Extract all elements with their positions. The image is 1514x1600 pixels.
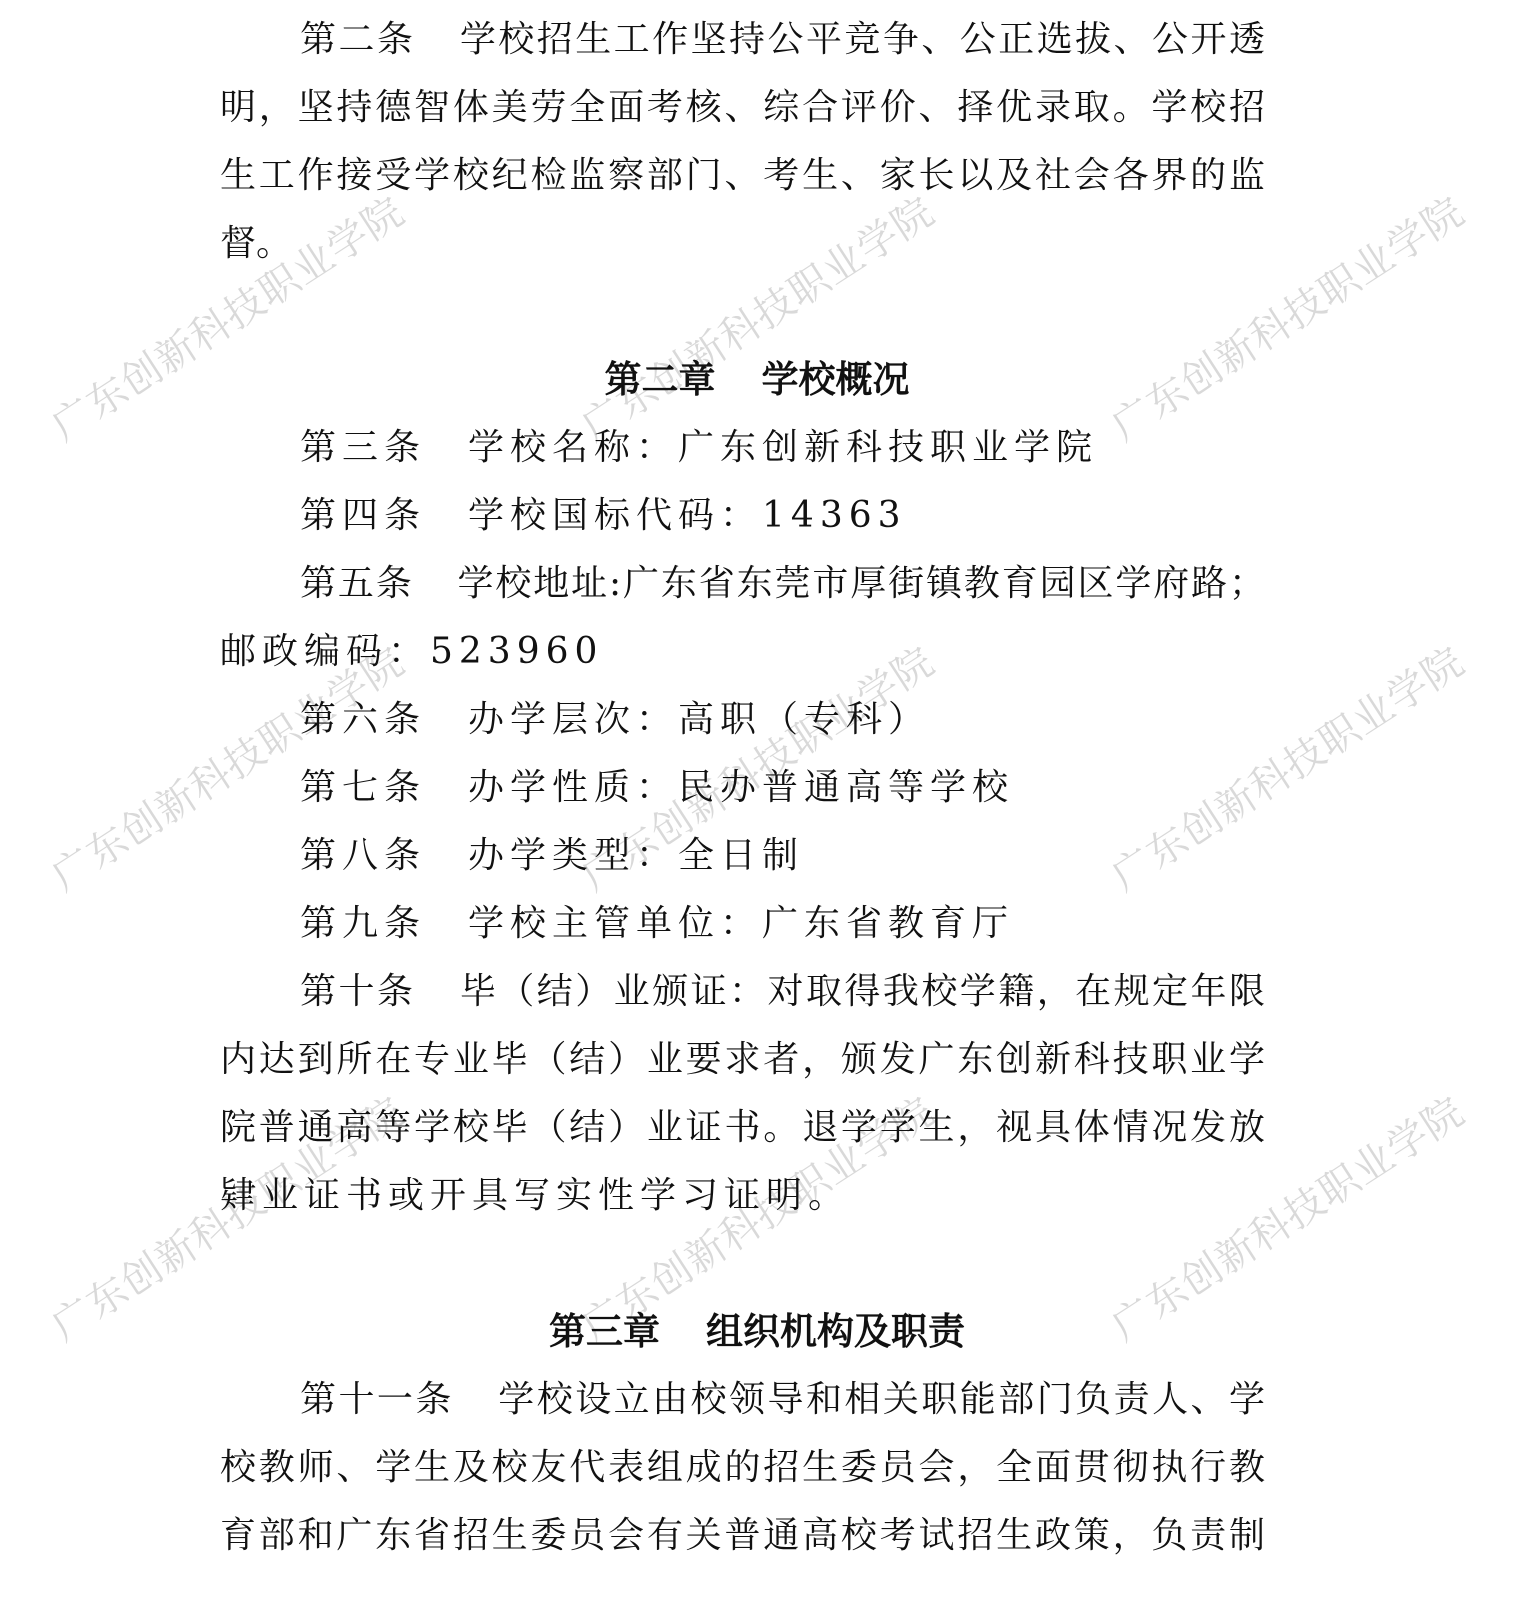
article-label: 第六条	[300, 699, 426, 740]
chapter-heading: 第二章学校概况	[0, 358, 1514, 402]
chapter-number: 第三章	[549, 1310, 660, 1353]
article-5-cont: 邮政编码：523960	[220, 630, 603, 674]
article-text: 办学层次：高职（专科）	[468, 699, 930, 740]
watermark: 广东创新科技职业学院	[1099, 181, 1474, 452]
article-label: 第五条	[300, 563, 414, 604]
article-label: 第四条	[300, 495, 426, 536]
article-6: 第六条办学层次：高职（专科）	[300, 698, 930, 742]
article-label: 第八条	[300, 835, 426, 876]
article-2-line-2: 明，坚持德智体美劳全面考核、综合评价、择优录取。学校招	[220, 86, 1265, 130]
article-text: 毕（结）业颁证：对取得我校学籍，在规定年限	[457, 971, 1265, 1012]
article-10-line-4: 肄业证书或开具写实性学习证明。	[220, 1174, 850, 1218]
article-text: 学校地址:广东省东莞市厚街镇教育园区学府路；	[456, 563, 1265, 604]
article-2-line-3: 生工作接受学校纪检监察部门、考生、家长以及社会各界的监	[220, 154, 1265, 198]
article-2-line-4: 督。	[220, 222, 292, 266]
article-11-line-2: 校教师、学生及校友代表组成的招生委员会，全面贯彻执行教	[220, 1446, 1265, 1490]
article-text: 办学类型：全日制	[468, 835, 804, 876]
chapter-title: 学校概况	[762, 358, 910, 401]
chapter-number: 第二章	[605, 358, 716, 401]
article-text: 学校招生工作坚持公平竞争、公正选拔、公开透	[457, 19, 1265, 60]
article-text: 学校国标代码：14363	[468, 495, 907, 536]
article-label: 第三条	[300, 427, 426, 468]
article-11-line-1: 第十一条学校设立由校领导和相关职能部门负责人、学	[300, 1378, 1265, 1422]
article-8: 第八条办学类型：全日制	[300, 834, 804, 878]
article-text: 学校主管单位：广东省教育厅	[468, 903, 1014, 944]
article-10-line-1: 第十条毕（结）业颁证：对取得我校学籍，在规定年限	[300, 970, 1265, 1014]
article-label: 第七条	[300, 767, 426, 808]
article-label: 第二条	[300, 19, 415, 60]
article-2-line-1: 第二条学校招生工作坚持公平竞争、公正选拔、公开透	[300, 18, 1265, 62]
article-5: 第五条学校地址:广东省东莞市厚街镇教育园区学府路；	[300, 562, 1265, 606]
article-text: 学校名称：广东创新科技职业学院	[468, 427, 1098, 468]
article-3: 第三条学校名称：广东创新科技职业学院	[300, 426, 1098, 470]
article-label: 第十条	[300, 971, 415, 1012]
article-text: 办学性质：民办普通高等学校	[468, 767, 1014, 808]
article-label: 第九条	[300, 903, 426, 944]
watermark: 广东创新科技职业学院	[569, 181, 944, 452]
chapter-title: 组织机构及职责	[706, 1310, 965, 1353]
article-7: 第七条办学性质：民办普通高等学校	[300, 766, 1014, 810]
document-page: 广东创新科技职业学院 广东创新科技职业学院 广东创新科技职业学院 广东创新科技职…	[0, 0, 1514, 1600]
chapter-heading: 第三章组织机构及职责	[0, 1310, 1514, 1354]
article-10-line-2: 内达到所在专业毕（结）业要求者，颁发广东创新科技职业学	[220, 1038, 1265, 1082]
watermark: 广东创新科技职业学院	[1099, 631, 1474, 902]
article-label: 第十一条	[300, 1379, 454, 1420]
article-4: 第四条学校国标代码：14363	[300, 494, 907, 538]
article-9: 第九条学校主管单位：广东省教育厅	[300, 902, 1014, 946]
article-text: 学校设立由校领导和相关职能部门负责人、学	[496, 1379, 1265, 1420]
article-10-line-3: 院普通高等学校毕（结）业证书。退学学生，视具体情况发放	[220, 1106, 1265, 1150]
article-11-line-3: 育部和广东省招生委员会有关普通高校考试招生政策，负责制	[220, 1514, 1265, 1558]
